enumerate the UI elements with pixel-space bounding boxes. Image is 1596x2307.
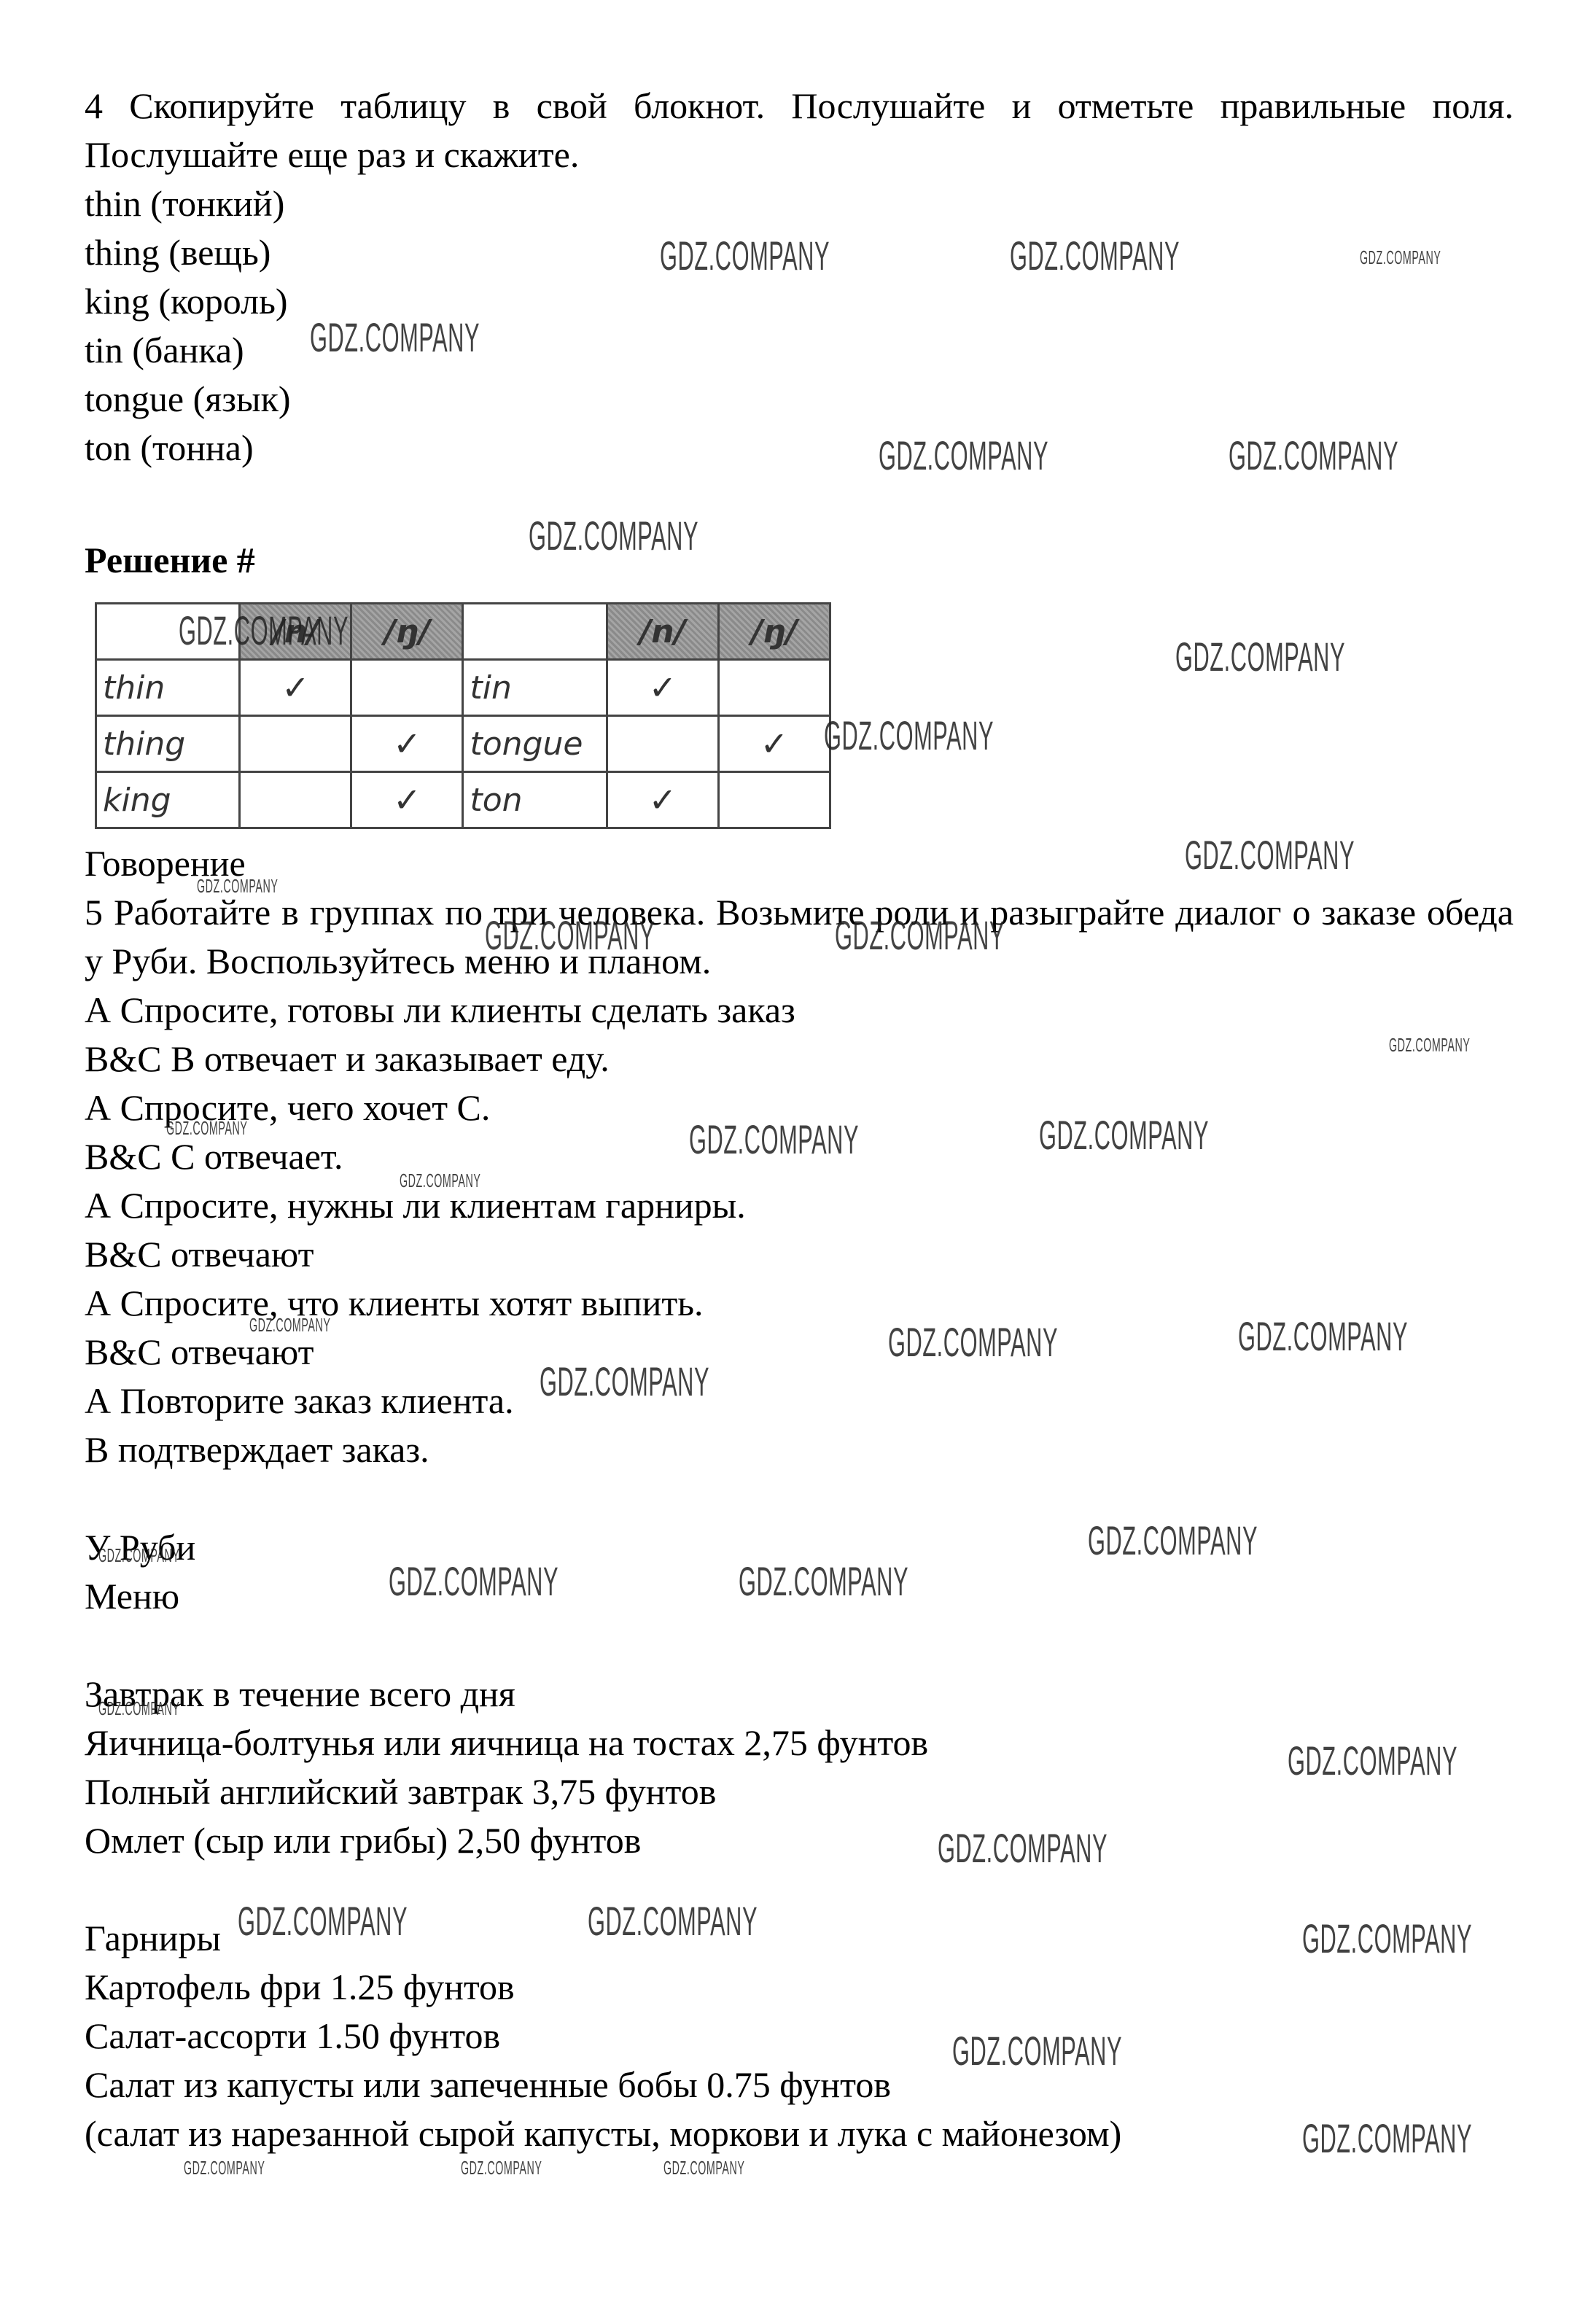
table-row: king ✓ ton ✓ [96, 772, 830, 828]
plan-item: А Спросите, готовы ли клиенты сделать за… [85, 986, 1514, 1035]
watermark: GDZ.COMPANY [389, 1557, 558, 1605]
watermark: GDZ.COMPANY [888, 1318, 1058, 1366]
plan-item: В подтверждает заказ. [85, 1425, 1514, 1474]
table-cell-word: ton [463, 772, 607, 828]
watermark: GDZ.COMPANY [938, 1824, 1108, 1872]
table-cell-word: thing [96, 716, 240, 772]
menu-item: Салат-ассорти 1.50 фунтов [85, 2012, 1514, 2061]
watermark: GDZ.COMPANY [179, 607, 349, 654]
table-cell [607, 716, 718, 772]
check-mark-icon: ✓ [607, 660, 718, 716]
watermark: GDZ.COMPANY [1389, 1034, 1470, 1057]
table-header-ng: /ŋ/ [718, 604, 830, 660]
watermark: GDZ.COMPANY [1360, 246, 1441, 269]
table-cell-word: thin [96, 660, 240, 716]
watermark: GDZ.COMPANY [238, 1897, 408, 1945]
breakfast-heading: Завтрак в течение всего дня [85, 1670, 1514, 1719]
watermark: GDZ.COMPANY [1288, 1737, 1457, 1784]
table-cell [240, 716, 351, 772]
watermark: GDZ.COMPANY [1229, 432, 1398, 479]
check-mark-icon: ✓ [351, 772, 463, 828]
word-item: tin (банка) [85, 326, 1514, 375]
watermark: GDZ.COMPANY [1088, 1517, 1258, 1564]
plan-item: B&C отвечают [85, 1230, 1514, 1279]
watermark: GDZ.COMPANY [98, 1544, 179, 1567]
table-header-n: /n/ [607, 604, 718, 660]
watermark: GDZ.COMPANY [689, 1116, 859, 1163]
watermark: GDZ.COMPANY [197, 875, 278, 898]
plan-item: А Повторите заказ клиента. [85, 1377, 1514, 1425]
table-cell-word: tin [463, 660, 607, 716]
table-cell [718, 772, 830, 828]
watermark: GDZ.COMPANY [166, 1117, 247, 1140]
watermark: GDZ.COMPANY [663, 2157, 744, 2179]
word-item: thin (тонкий) [85, 179, 1514, 228]
watermark: GDZ.COMPANY [400, 1170, 480, 1192]
watermark: GDZ.COMPANY [1302, 1915, 1472, 1962]
watermark: GDZ.COMPANY [249, 1314, 330, 1337]
table-cell [240, 772, 351, 828]
plan-item: B&C B отвечает и заказывает еду. [85, 1035, 1514, 1084]
menu-item: Омлет (сыр или грибы) 2,50 фунтов [85, 1816, 1514, 1865]
watermark: GDZ.COMPANY [1010, 232, 1180, 279]
watermark: GDZ.COMPANY [485, 911, 655, 959]
watermark: GDZ.COMPANY [1238, 1312, 1408, 1360]
watermark: GDZ.COMPANY [184, 2157, 265, 2179]
menu-item: Салат из капусты или запеченные бобы 0.7… [85, 2061, 1514, 2109]
watermark: GDZ.COMPANY [1039, 1111, 1209, 1159]
watermark: GDZ.COMPANY [739, 1557, 908, 1605]
word-item: tongue (язык) [85, 375, 1514, 424]
table-cell [718, 660, 830, 716]
watermark: GDZ.COMPANY [879, 432, 1048, 479]
table-header-empty [463, 604, 607, 660]
watermark: GDZ.COMPANY [529, 512, 698, 559]
menu-item: Картофель фри 1.25 фунтов [85, 1963, 1514, 2012]
watermark: GDZ.COMPANY [310, 314, 480, 361]
table-row: thin ✓ tin ✓ [96, 660, 830, 716]
watermark: GDZ.COMPANY [588, 1897, 758, 1945]
watermark: GDZ.COMPANY [1302, 2115, 1472, 2162]
task5-instruction: 5 Работайте в группах по три человека. В… [85, 888, 1514, 986]
table-cell [351, 660, 463, 716]
watermark: GDZ.COMPANY [835, 911, 1005, 959]
check-mark-icon: ✓ [718, 716, 830, 772]
watermark: GDZ.COMPANY [824, 712, 994, 759]
watermark: GDZ.COMPANY [461, 2157, 542, 2179]
watermark: GDZ.COMPANY [660, 232, 830, 279]
table-row: thing ✓ tongue ✓ [96, 716, 830, 772]
word-item: king (король) [85, 277, 1514, 326]
table-cell-word: king [96, 772, 240, 828]
check-mark-icon: ✓ [351, 716, 463, 772]
watermark: GDZ.COMPANY [1185, 831, 1355, 879]
solution-heading: Решение # [85, 536, 1514, 585]
check-mark-icon: ✓ [240, 660, 351, 716]
task4-instruction: 4 Скопируйте таблицу в свой блокнот. Пос… [85, 82, 1514, 179]
watermark: GDZ.COMPANY [1175, 633, 1345, 680]
watermark: GDZ.COMPANY [98, 1697, 179, 1720]
menu-item: (салат из нарезанной сырой капусты, морк… [85, 2109, 1514, 2158]
watermark: GDZ.COMPANY [540, 1358, 709, 1405]
plan-item: А Спросите, нужны ли клиентам гарниры. [85, 1181, 1514, 1230]
watermark: GDZ.COMPANY [952, 2027, 1122, 2074]
table-header-ng: /ŋ/ [351, 604, 463, 660]
check-mark-icon: ✓ [607, 772, 718, 828]
table-cell-word: tongue [463, 716, 607, 772]
